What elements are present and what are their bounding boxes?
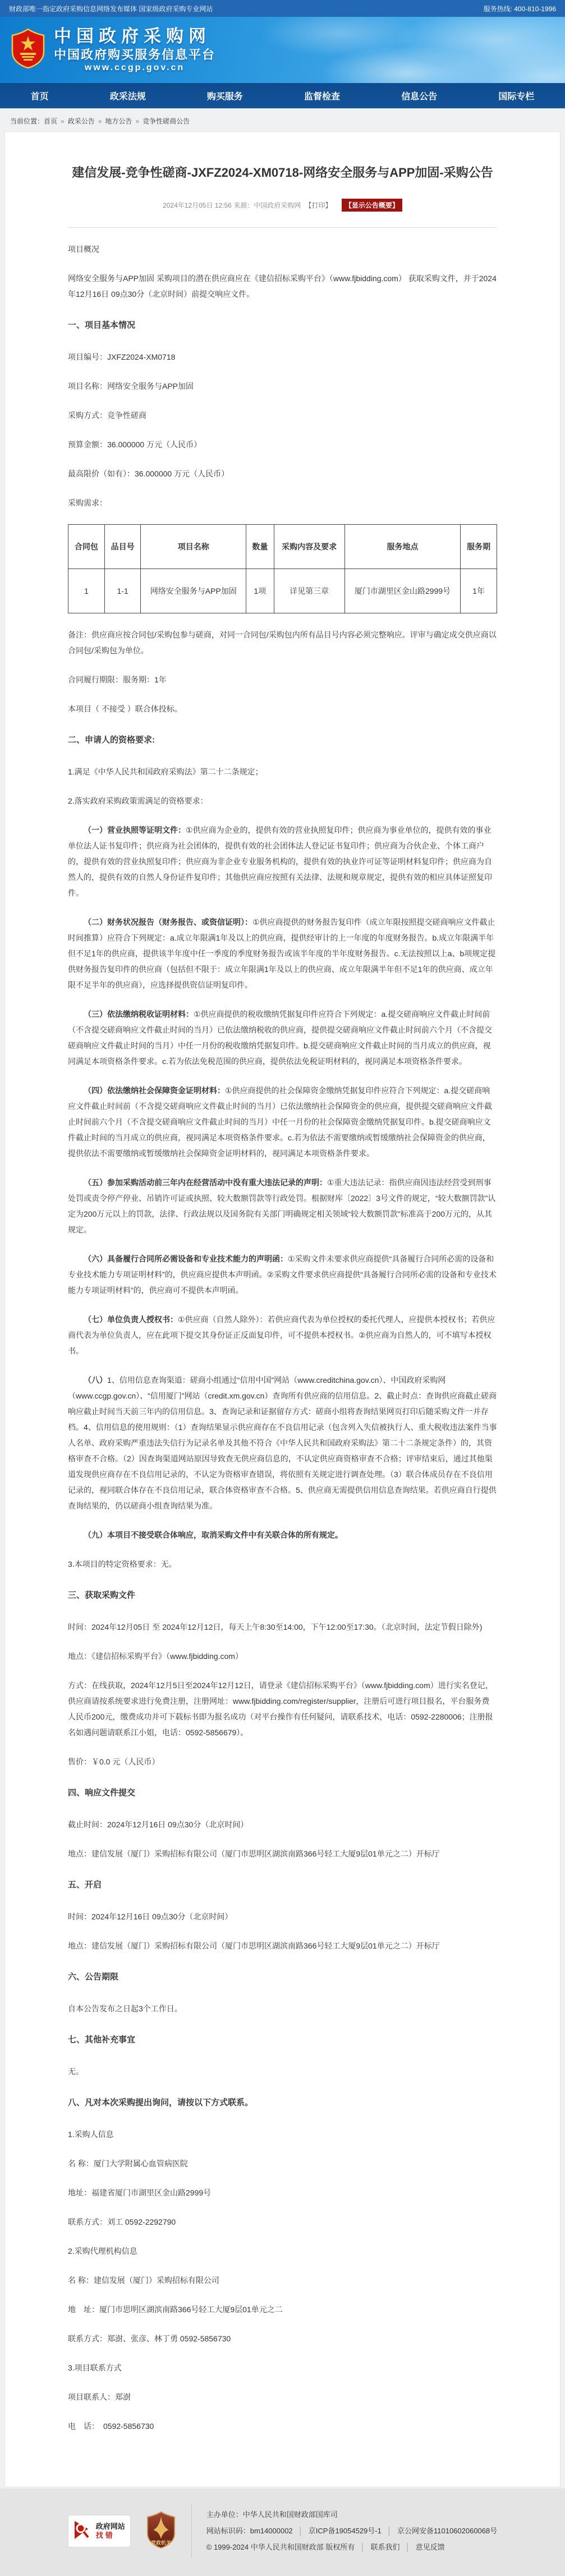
gov-site-error-report-badge[interactable]: 政府网站 找错 bbox=[68, 2515, 131, 2547]
body-paragraph: （一）营业执照等证明文件：①供应商为企业的，提供有效的营业执照复印件；供应商为事… bbox=[68, 822, 497, 901]
party-gov-org-badge[interactable]: 党政机关 bbox=[145, 2511, 177, 2552]
paragraph-bold-label: （七）单位负责人授权书： bbox=[84, 1315, 178, 1324]
article-meta: 2024年12月05日 12:56 来源：中国政府采购网 【打印】 【显示公告概… bbox=[5, 199, 560, 212]
body-paragraph: 名 称：建信发展（厦门）采购招标有限公司 bbox=[68, 2272, 497, 2288]
body-paragraph: （三）依法缴纳税收证明材料：①供应商提供的税收缴纳凭据复印件应符合下列规定：a.… bbox=[68, 1006, 497, 1069]
table-header-cell: 采购内容及要求 bbox=[274, 525, 344, 569]
paragraph-bold-label: （三）依法缴纳税收证明材料： bbox=[84, 1010, 194, 1019]
footer-meta-item-0: 网站标识码：bm14000002 bbox=[206, 2527, 293, 2535]
body-paragraph: 3.本项目的特定资格要求：无。 bbox=[68, 1556, 497, 1572]
body-paragraph: 地址：福建省厦门市湖里区金山路2999号 bbox=[68, 2185, 497, 2201]
nav-item-0[interactable]: 首页 bbox=[25, 89, 54, 102]
footer-separator: │ bbox=[387, 2527, 392, 2535]
body-paragraph: （五）参加采购活动前三年内在经营活动中没有重大违法记录的声明：①重大违法记录：指… bbox=[68, 1175, 497, 1237]
body-paragraph: 采购需求： bbox=[68, 495, 497, 511]
page-footer: 政府网站 找错 党政机关 主办单位：中华人民共和国财政部国库司 网站标识码：bm… bbox=[0, 2488, 565, 2576]
body-paragraph: 地 址：厦门市思明区湖滨南路366号轻工大厦9层01单元之二 bbox=[68, 2302, 497, 2317]
body-paragraph: 时间：2024年12月16日 09点30分（北京时间） bbox=[68, 1909, 497, 1924]
table-header-row: 合同包品目号项目名称数量采购内容及要求服务地点服务期 bbox=[68, 525, 497, 569]
body-paragraph: 合同履行期限：服务期：1年 bbox=[68, 672, 497, 687]
body-paragraph: 地点：建信发展（厦门）采购招标有限公司（厦门市思明区湖滨南路366号轻工大厦9层… bbox=[68, 1846, 497, 1862]
nav-item-3[interactable]: 监督检查 bbox=[298, 89, 346, 102]
body-paragraph: （八）1、信用信息查询渠道：磋商小组通过“信用中国”网站（www.creditc… bbox=[68, 1372, 497, 1514]
site-url[interactable]: www.ccgp.gov.cn bbox=[54, 63, 215, 73]
paragraph-bold-label: （五）参加采购活动前三年内在经营活动中没有重大违法记录的声明： bbox=[84, 1178, 327, 1187]
footer-link-1[interactable]: 意见反馈 bbox=[416, 2543, 445, 2551]
article-card: 建信发展-竞争性磋商-JXFZ2024-XM0718-网络安全服务与APP加固-… bbox=[4, 131, 561, 2487]
footer-meta-row: 网站标识码：bm14000002│京ICP备19054529号-1│京公网安备1… bbox=[206, 2525, 498, 2537]
footer-separator: │ bbox=[298, 2527, 303, 2535]
copyright-text: © 1999-2024 中华人民共和国财政部 版权所有 bbox=[206, 2543, 355, 2551]
site-subtitle: 中国政府购买服务信息平台 bbox=[54, 48, 215, 62]
service-hotline: 服务热线: 400-810-1996 bbox=[484, 4, 556, 13]
section-heading: 六、公告期限 bbox=[68, 1969, 497, 1985]
body-paragraph: 本项目（ 不接受 ）联合体投标。 bbox=[68, 701, 497, 717]
site-title: 中国政府采购网 bbox=[54, 26, 215, 47]
breadcrumb-separator: » bbox=[135, 117, 139, 125]
table-cell: 详见第三章 bbox=[274, 569, 344, 613]
paragraph-bold-label: （一）营业执照等证明文件： bbox=[84, 826, 186, 835]
breadcrumb-link-2[interactable]: 地方公告 bbox=[105, 117, 132, 125]
magnifier-icon bbox=[74, 2519, 93, 2544]
nav-item-5[interactable]: 国际专栏 bbox=[493, 89, 540, 102]
body-paragraph: 1.满足《中华人民共和国政府采购法》第二十二条规定； bbox=[68, 764, 497, 780]
body-paragraph: 1.采购人信息 bbox=[68, 2126, 497, 2142]
article-content: 项目概况网络安全服务与APP加固 采购项目的潜在供应商应在《建信招标采购平台》（… bbox=[5, 241, 560, 2434]
body-paragraph: 无。 bbox=[68, 2064, 497, 2079]
footer-copyright-row: © 1999-2024 中华人民共和国财政部 版权所有│联系我们│意见反馈 bbox=[206, 2541, 498, 2554]
table-header-cell: 服务期 bbox=[461, 525, 497, 569]
svg-text:党政机关: 党政机关 bbox=[151, 2540, 171, 2546]
section-heading: 五、开启 bbox=[68, 1877, 497, 1893]
table-header-cell: 服务地点 bbox=[344, 525, 460, 569]
footer-meta-item-1: 京ICP备19054529号-1 bbox=[309, 2527, 382, 2535]
table-cell: 厦门市湖里区金山路2999号 bbox=[344, 569, 460, 613]
body-paragraph: 采购方式：竞争性磋商 bbox=[68, 407, 497, 423]
breadcrumb-link-3[interactable]: 竞争性磋商公告 bbox=[143, 117, 190, 125]
body-paragraph: 售价：￥0.0 元（人民币） bbox=[68, 1754, 497, 1770]
body-paragraph: 最高限价（如有）：36.000000 万元（人民币） bbox=[68, 466, 497, 482]
print-button[interactable]: 【打印】 bbox=[305, 201, 332, 209]
table-cell: 1项 bbox=[246, 569, 274, 613]
footer-organizer: 主办单位：中华人民共和国财政部国库司 bbox=[206, 2509, 498, 2521]
body-paragraph: 项目编号：JXFZ2024-XM0718 bbox=[68, 349, 497, 365]
body-paragraph: 自本公告发布之日起3个工作日。 bbox=[68, 2001, 497, 2016]
body-paragraph: 时间：2024年12月05日 至 2024年12月12日，每天上午8:30至14… bbox=[68, 1619, 497, 1635]
table-row: 11-1网络安全服务与APP加固1项详见第三章厦门市湖里区金山路2999号1年 bbox=[68, 569, 497, 613]
table-header-cell: 项目名称 bbox=[141, 525, 246, 569]
body-paragraph: 预算金额：36.000000 万元（人民币） bbox=[68, 437, 497, 452]
breadcrumb-link-0[interactable]: 首页 bbox=[44, 117, 57, 125]
body-paragraph: 2.落实政府采购政策需满足的资格要求： bbox=[68, 793, 497, 809]
meta-divider bbox=[68, 227, 497, 228]
body-paragraph: （二）财务状况报告（财务报告、或资信证明）：①供应商提供的财务报告复印件（成立年… bbox=[68, 914, 497, 993]
publish-date: 2024年12月05日 12:56 bbox=[163, 201, 232, 209]
paragraph-bold-label: （八） bbox=[84, 1376, 107, 1385]
breadcrumb-separator: » bbox=[98, 117, 102, 125]
table-header-cell: 数量 bbox=[246, 525, 274, 569]
table-cell: 1-1 bbox=[104, 569, 141, 613]
paragraph-bold-label: （九）本项目不接受联合体响应，取消采购文件中有关联合体的所有规定。 bbox=[84, 1530, 343, 1539]
footer-separator: │ bbox=[405, 2543, 410, 2551]
requirements-table: 合同包品目号项目名称数量采购内容及要求服务地点服务期11-1网络安全服务与APP… bbox=[68, 524, 497, 613]
body-paragraph: 地点：建信发展（厦门）采购招标有限公司（厦门市思明区湖滨南路366号轻工大厦9层… bbox=[68, 1938, 497, 1954]
breadcrumb-label: 当前位置： bbox=[10, 117, 44, 125]
paragraph-bold-label: （二）财务状况报告（财务报告、或资信证明）： bbox=[84, 918, 252, 927]
section-heading: 八、凡对本次采购提出询问，请按以下方式联系。 bbox=[68, 2095, 497, 2111]
paragraph-bold-label: （四）依法缴纳社会保障资金证明材料： bbox=[84, 1086, 225, 1095]
footer-separator: │ bbox=[360, 2543, 365, 2551]
top-bar: 财政部唯一指定政府采购信息网络发布媒体 国家级政府采购专业网站 服务热线: 40… bbox=[0, 0, 565, 17]
find-error-line1: 政府网站 bbox=[96, 2522, 125, 2531]
section-heading: 七、其他补充事宜 bbox=[68, 2032, 497, 2048]
show-summary-button[interactable]: 【显示公告概要】 bbox=[342, 199, 402, 212]
footer-meta-item-2: 京公网安备11010602060068号 bbox=[397, 2527, 497, 2535]
nav-item-1[interactable]: 政采法规 bbox=[104, 89, 151, 102]
national-emblem-icon bbox=[10, 28, 46, 71]
site-slogan: 财政部唯一指定政府采购信息网络发布媒体 国家级政府采购专业网站 bbox=[9, 4, 213, 13]
page-title: 建信发展-竞争性磋商-JXFZ2024-XM0718-网络安全服务与APP加固-… bbox=[44, 163, 521, 182]
find-error-line2: 找错 bbox=[96, 2531, 125, 2540]
article-source: 来源：中国政府采购网 bbox=[233, 201, 301, 209]
section-heading: 二、申请人的资格要求: bbox=[68, 732, 497, 748]
footer-divider bbox=[191, 2504, 192, 2558]
body-paragraph: 联系方式：郑澍、张彦、林丁勇 0592-5856730 bbox=[68, 2331, 497, 2346]
site-header: 中国政府采购网 中国政府购买服务信息平台 www.ccgp.gov.cn bbox=[0, 17, 565, 83]
footer-link-0[interactable]: 联系我们 bbox=[370, 2543, 399, 2551]
main-nav: 首页政采法规购买服务监督检查信息公告国际专栏 bbox=[0, 83, 565, 108]
paragraph-bold-label: （六）具备履行合同所必需设备和专业技术能力的声明函： bbox=[84, 1254, 288, 1263]
body-paragraph: 项目联系人：郑澍 bbox=[68, 2389, 497, 2405]
body-paragraph: 2.采购代理机构信息 bbox=[68, 2243, 497, 2259]
body-paragraph: 备注：供应商应按合同包/采购包参与磋商，对同一合同包/采购包内所有品目号内容必须… bbox=[68, 627, 497, 658]
body-paragraph: （四）依法缴纳社会保障资金证明材料：①供应商提供的社会保障资金缴纳凭据复印件应符… bbox=[68, 1083, 497, 1161]
table-header-cell: 品目号 bbox=[104, 525, 141, 569]
section-heading: 四、响应文件提交 bbox=[68, 1785, 497, 1801]
nav-item-2[interactable]: 购买服务 bbox=[201, 89, 249, 102]
body-paragraph: （九）本项目不接受联合体响应，取消采购文件中有关联合体的所有规定。 bbox=[68, 1527, 497, 1543]
table-header-cell: 合同包 bbox=[68, 525, 105, 569]
body-paragraph: 项目概况 bbox=[68, 241, 497, 257]
body-paragraph: 地点：《建信招标采购平台》（www.fjbidding.com） bbox=[68, 1648, 497, 1664]
section-heading: 三、获取采购文件 bbox=[68, 1588, 497, 1603]
body-paragraph: 电 话： 0592-5856730 bbox=[68, 2418, 497, 2434]
table-cell: 1 bbox=[68, 569, 105, 613]
body-paragraph: 方式：在线获取，2024年12月5日至2024年12月12日，请登录《建信招标采… bbox=[68, 1677, 497, 1740]
breadcrumb-separator: » bbox=[61, 117, 65, 125]
table-cell: 1年 bbox=[461, 569, 497, 613]
breadcrumb: 当前位置：首页»政采公告»地方公告»竞争性磋商公告 bbox=[0, 108, 565, 131]
body-paragraph: 网络安全服务与APP加固 采购项目的潜在供应商应在《建信招标采购平台》（www.… bbox=[68, 271, 497, 302]
body-paragraph: 3.项目联系方式 bbox=[68, 2360, 497, 2376]
section-heading: 一、项目基本情况 bbox=[68, 318, 497, 333]
body-paragraph: （七）单位负责人授权书：①供应商（自然人除外）：若供应商代表为单位授权的委托代理… bbox=[68, 1312, 497, 1359]
body-paragraph: 截止时间：2024年12月16日 09点30分（北京时间） bbox=[68, 1817, 497, 1832]
body-paragraph: 项目名称：网络安全服务与APP加固 bbox=[68, 378, 497, 394]
body-paragraph: 联系方式：刘工 0592-2292790 bbox=[68, 2214, 497, 2230]
table-cell: 网络安全服务与APP加固 bbox=[141, 569, 246, 613]
breadcrumb-link-1[interactable]: 政采公告 bbox=[68, 117, 95, 125]
nav-item-4[interactable]: 信息公告 bbox=[396, 89, 443, 102]
body-paragraph: 名 称：厦门大学附属心血管病医院 bbox=[68, 2156, 497, 2171]
body-paragraph: （六）具备履行合同所必需设备和专业技术能力的声明函：①采购文件未要求供应商提供“… bbox=[68, 1251, 497, 1298]
